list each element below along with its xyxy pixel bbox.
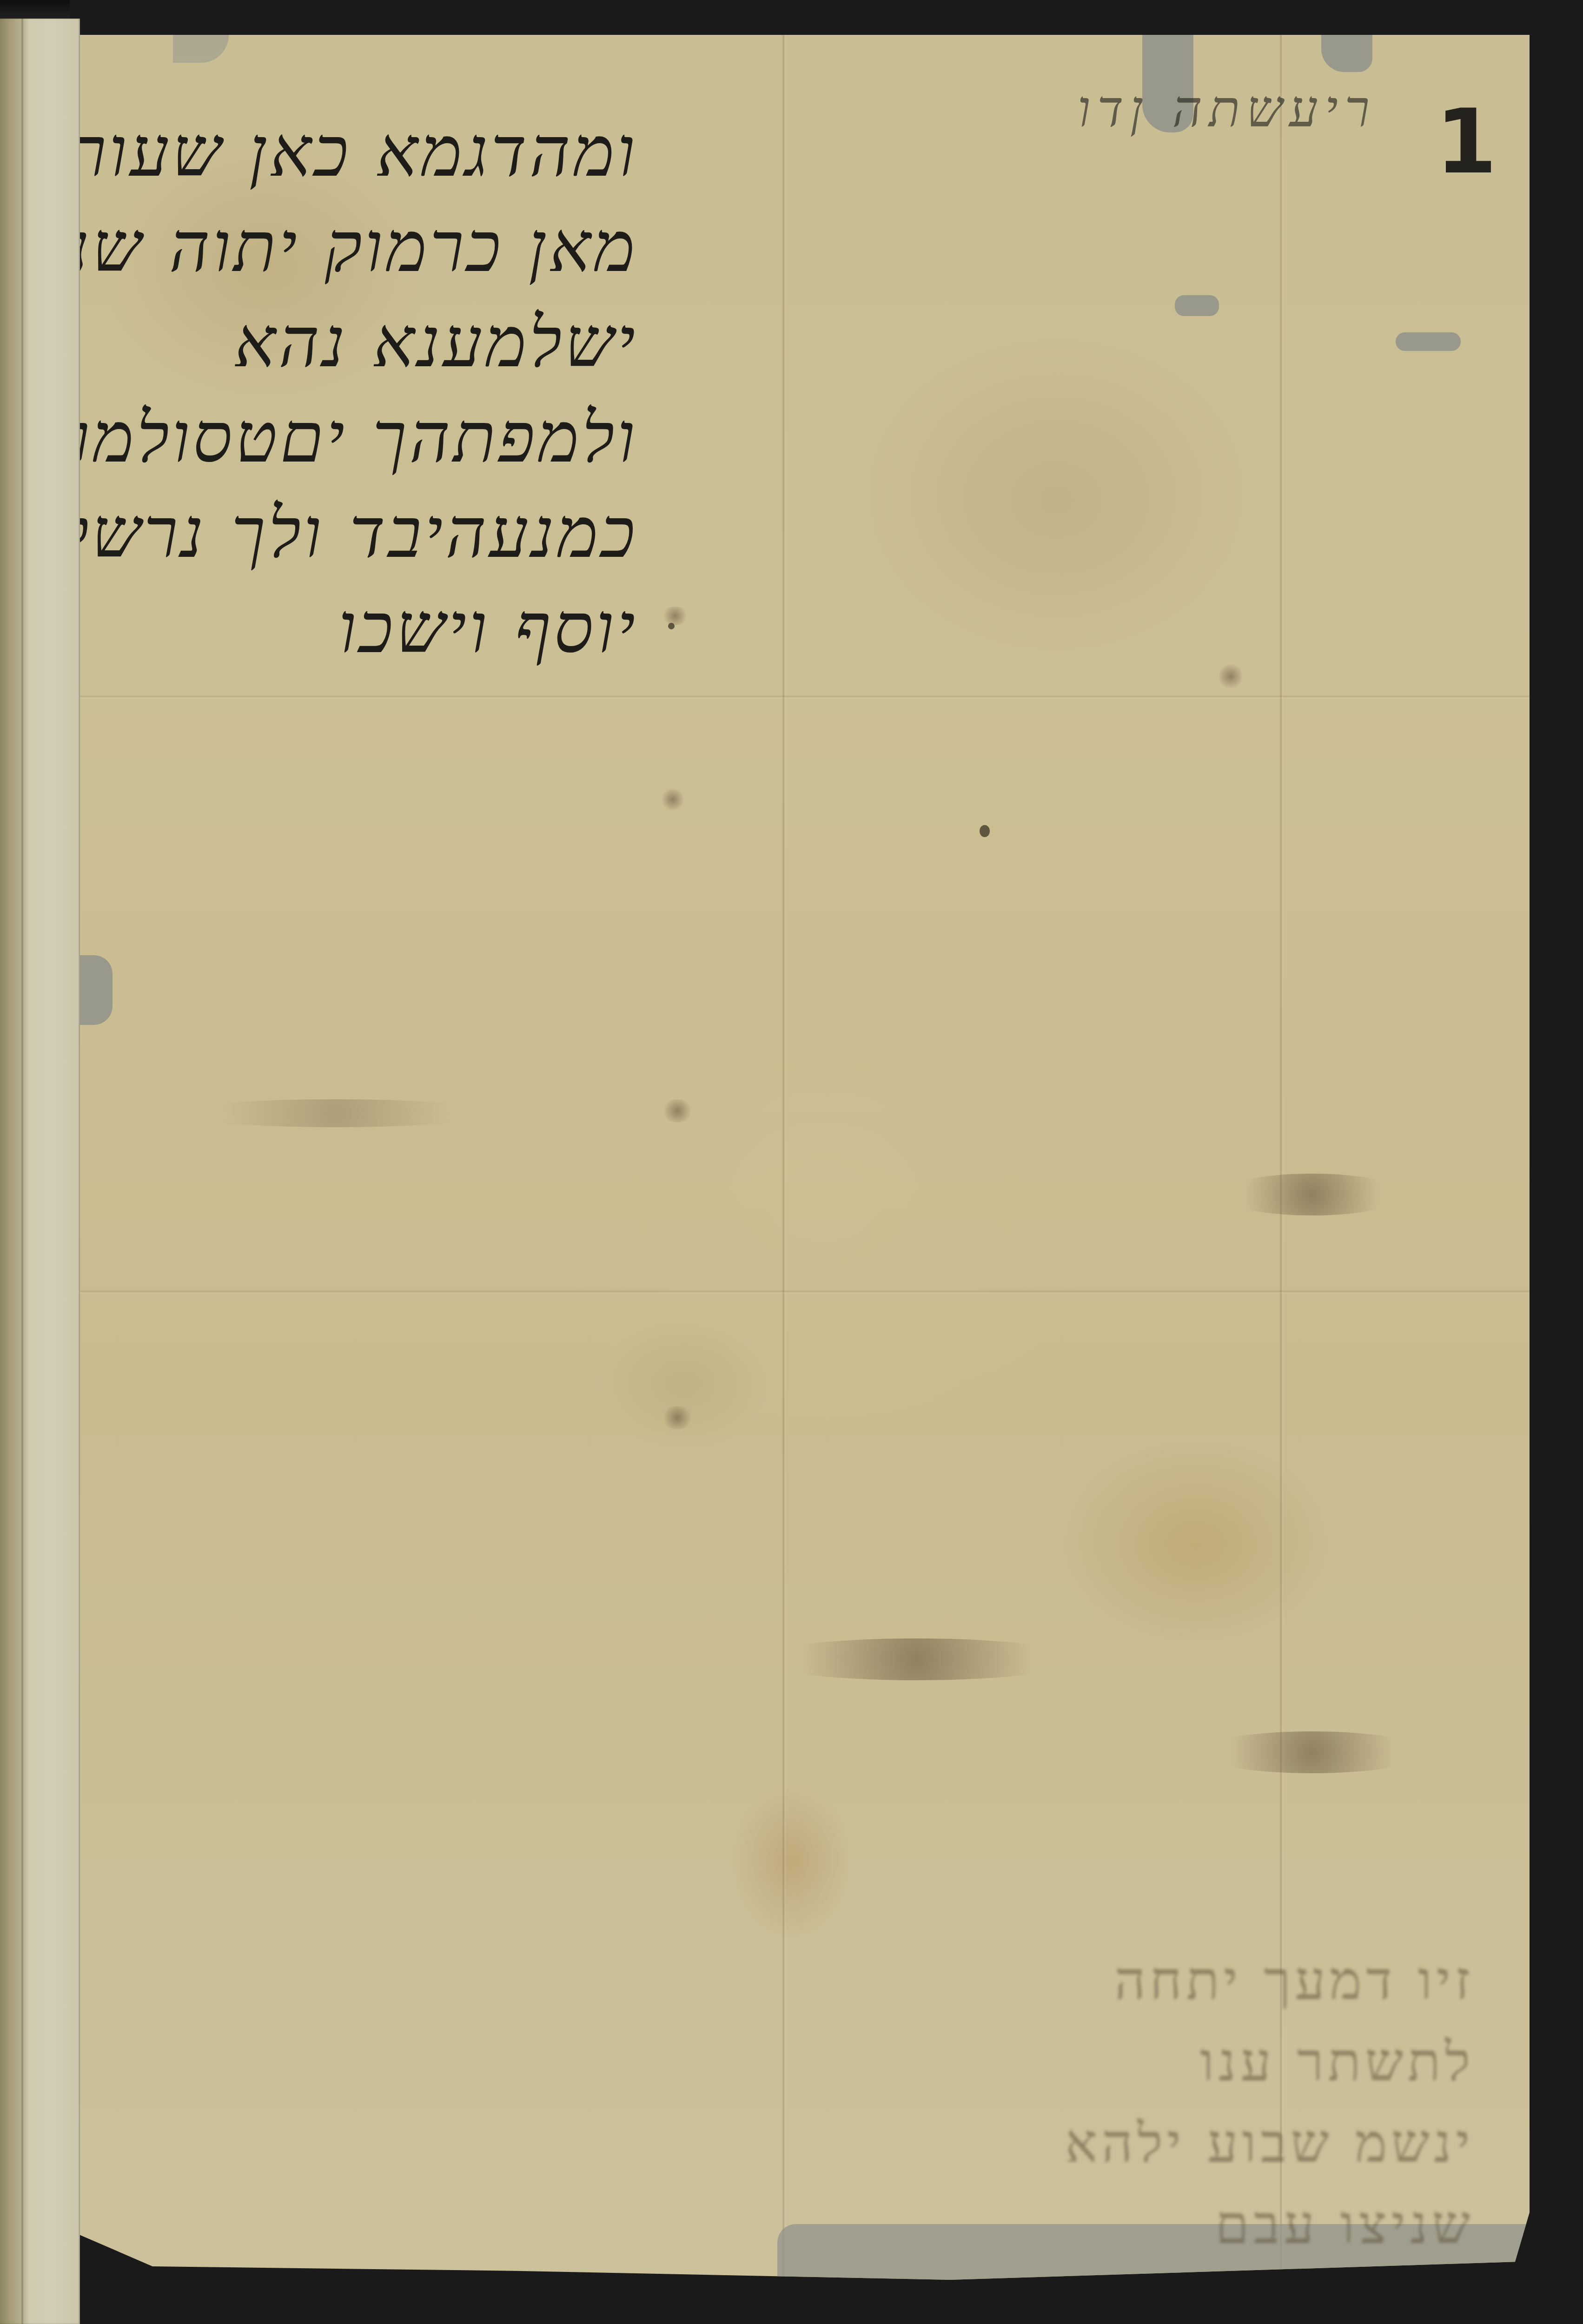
annotation-line: יוסף וישכו xyxy=(103,581,638,676)
binding-strip xyxy=(0,19,80,2324)
horizontal-fold-line xyxy=(80,695,1530,700)
repair-patch xyxy=(173,35,229,63)
faded-line: זיו דמעך יתחה xyxy=(777,1941,1475,2022)
ink-stain xyxy=(1196,1731,1428,1773)
ink-stain xyxy=(661,607,689,625)
repair-patch xyxy=(80,955,113,1025)
ink-stain xyxy=(661,1406,694,1429)
top-margin-note: ריעשתה ןדו xyxy=(1078,79,1376,139)
horizontal-fold-line xyxy=(80,1290,1530,1294)
ink-stain xyxy=(1219,662,1242,690)
faded-line: לתשתר ענו xyxy=(777,2022,1475,2103)
manuscript-page: 1 ריעשתה ןדו ומהדגמא כאן שעורהו מאן כרמו… xyxy=(80,35,1530,2280)
repair-patch xyxy=(1321,35,1372,72)
faded-line: ינשמ שבוע ילהא xyxy=(777,2103,1475,2185)
annotation-line: ולמפתהך יםטסולמוכרו xyxy=(103,390,638,486)
faded-line: שניצו עבם xyxy=(777,2185,1475,2266)
faded-bleed-through-text: זיו דמעך יתחה לתשתר ענו ינשמ שבוע ילהא ש… xyxy=(777,1941,1475,2266)
annotation-line: ישלמענא נהא xyxy=(103,295,638,390)
ink-stain xyxy=(1219,1174,1405,1215)
handwritten-annotation: ומהדגמא כאן שעורהו מאן כרמוק יתוה שנה יש… xyxy=(103,105,638,676)
ink-stain xyxy=(661,1099,694,1122)
annotation-line: ומהדגמא כאן שעורהו xyxy=(103,105,638,200)
ink-stain xyxy=(173,1099,498,1127)
folio-number: 1 xyxy=(1436,91,1497,193)
annotation-line: מאן כרמוק יתוה שנה xyxy=(103,200,638,295)
ink-dot xyxy=(668,623,675,629)
repair-patch xyxy=(1175,295,1219,316)
repair-patch xyxy=(1396,332,1461,351)
annotation-line: כמנעהיבד ולך נרשלכ xyxy=(103,486,638,581)
ink-dot xyxy=(980,825,990,837)
ink-stain xyxy=(754,1638,1080,1680)
ink-stain xyxy=(661,788,684,811)
